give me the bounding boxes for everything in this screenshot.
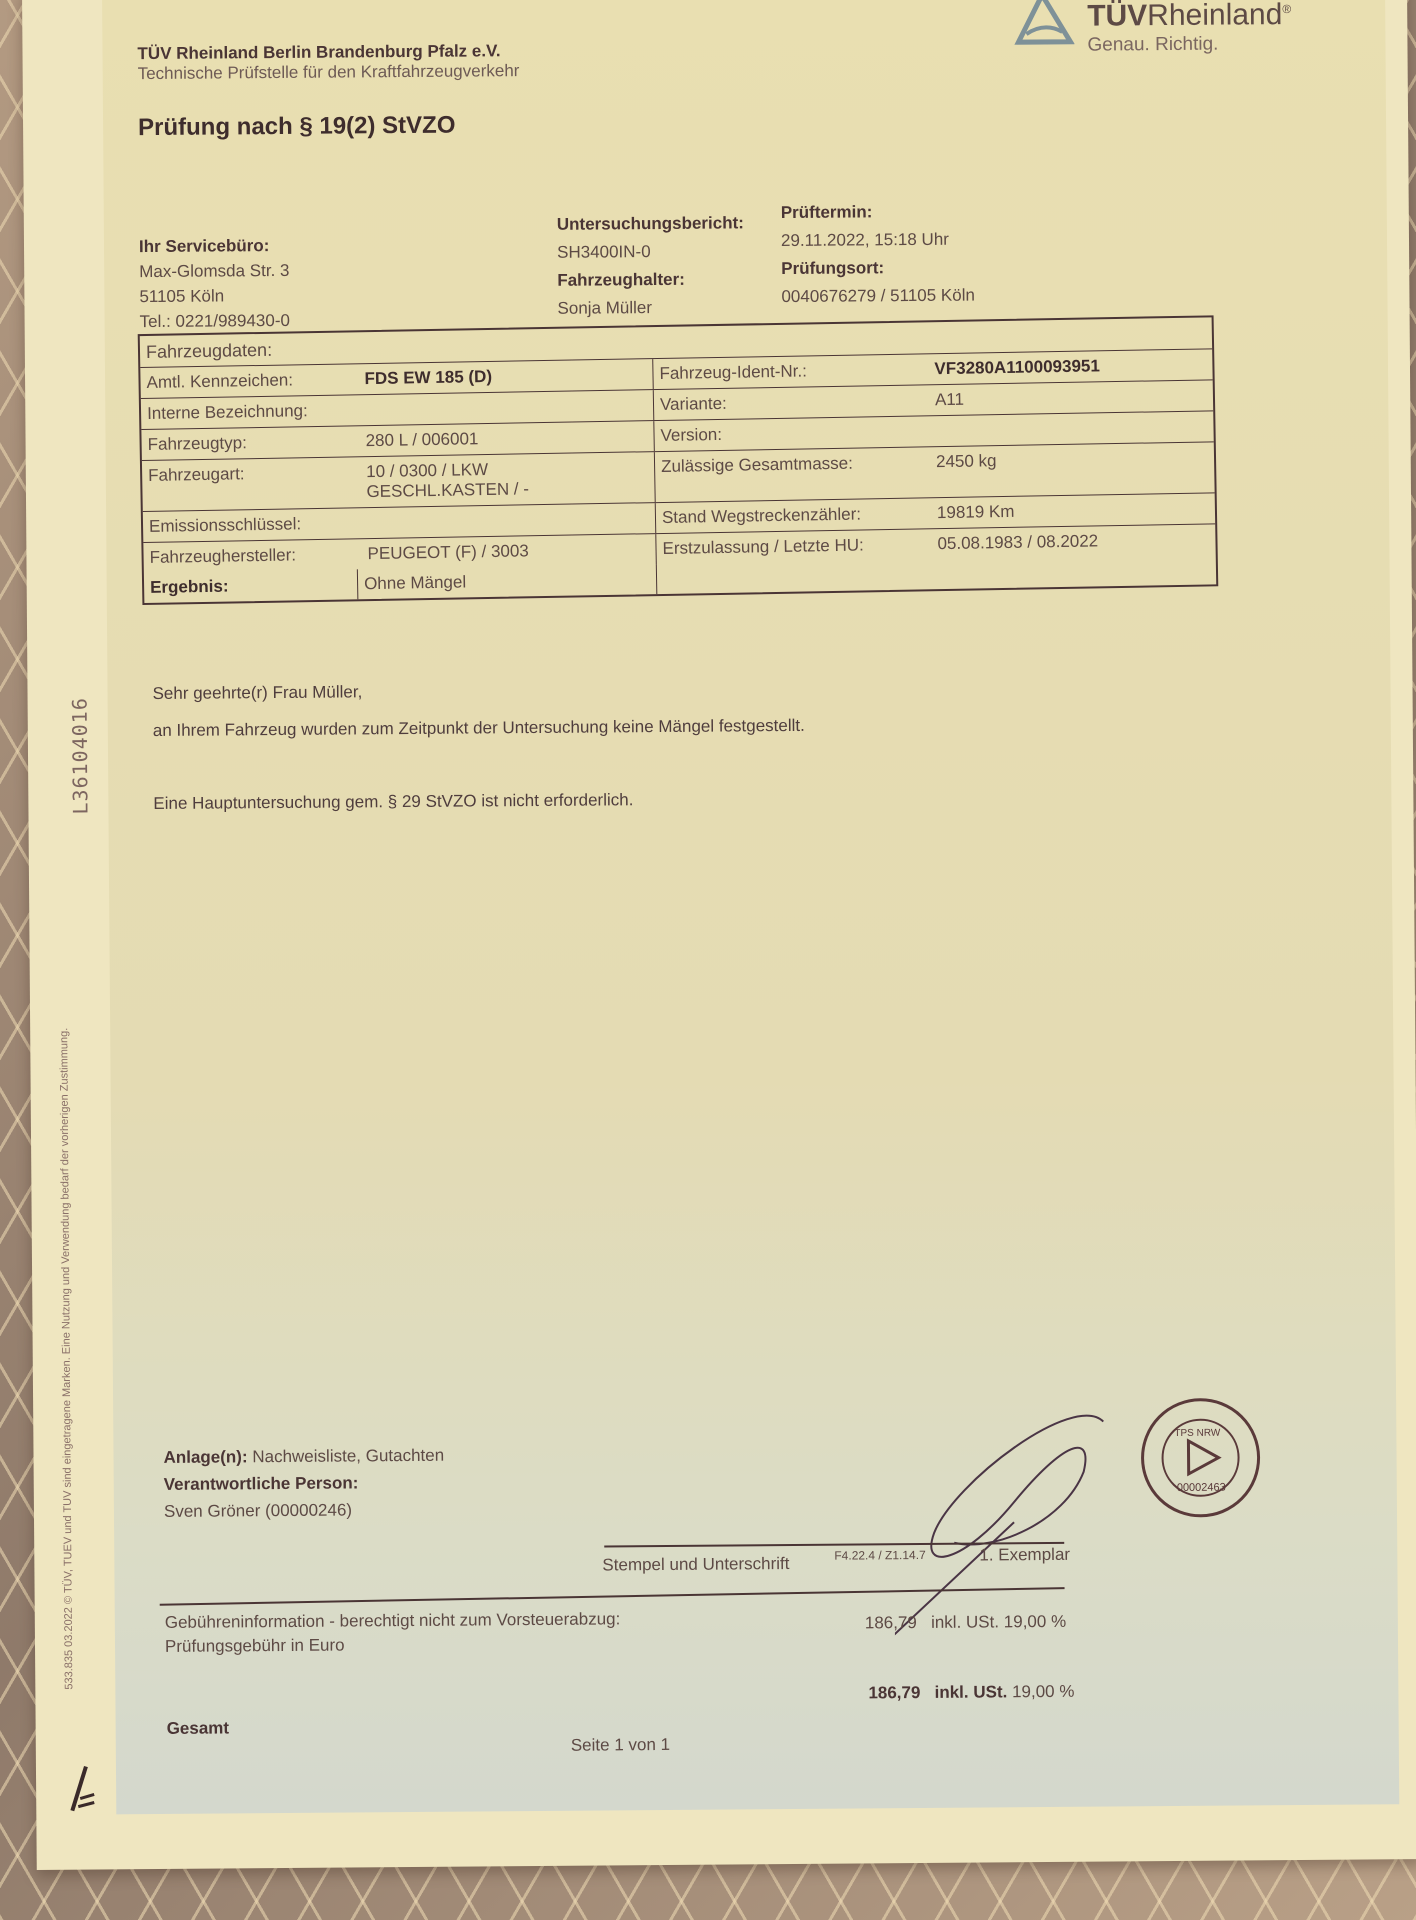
issuer-block: TÜV Rheinland Berlin Brandenburg Pfalz e… <box>137 41 519 84</box>
vehicle-field-value: 19819 Km <box>937 502 1015 523</box>
page-indicator: Seite 1 von 1 <box>571 1735 670 1756</box>
owner-name: Sonja Müller <box>557 293 744 322</box>
vehicle-field-label: Emissionsschlüssel: <box>149 513 367 537</box>
fee-item-label: Prüfungsgebühr in Euro <box>165 1631 621 1659</box>
vehicle-field-label: Fahrzeughersteller: <box>149 544 367 568</box>
responsible-person: Sven Gröner (00000246) <box>164 1496 445 1525</box>
vehicle-field-label: Fahrzeug-Ident-Nr.: <box>659 359 934 384</box>
brand-name: TÜVRheinland® <box>1087 0 1291 34</box>
vehicle-field-value: PEUGEOT (F) / 3003 <box>367 541 529 564</box>
service-office-phone: Tel.: 0221/989430-0 <box>140 308 290 334</box>
letter-salutation: Sehr geehrte(r) Frau Müller, <box>152 682 362 704</box>
service-office-label: Ihr Servicebüro: <box>139 233 289 259</box>
service-office-block: Ihr Servicebüro: Max-Glomsda Str. 3 5110… <box>139 233 290 334</box>
department-name: Technische Prüfstelle für den Kraftfahrz… <box>138 61 520 84</box>
copy-label: 1. Exemplar <box>979 1545 1070 1566</box>
fee-block: Gebühreninformation - berechtigt nicht z… <box>165 1607 621 1659</box>
attachments-value: Nachweisliste, Gutachten <box>252 1446 444 1467</box>
vehicle-field-label: Fahrzeugart: <box>148 462 367 506</box>
vehicle-field-label: Interne Bezeichnung: <box>147 400 365 424</box>
location-label: Prüfungsort: <box>781 254 975 284</box>
fee-heading: Gebühreninformation - berechtigt nicht z… <box>165 1607 621 1635</box>
appointment-block: Prüftermin: 29.11.2022, 15:18 Uhr Prüfun… <box>781 198 975 312</box>
svg-text:TPS NRW: TPS NRW <box>1174 1428 1221 1439</box>
vehicle-data-table: Fahrzeugdaten: Amtl. Kennzeichen: FDS EW… <box>138 315 1219 605</box>
copyright-notice: 533.835 03.2022 © TÜV, TUEV und TUV sind… <box>58 1028 75 1690</box>
tuv-triangle-logo-icon <box>1012 0 1074 47</box>
page-title: Prüfung nach § 19(2) StVZO <box>138 112 456 142</box>
vehicle-field-label: Variante: <box>660 390 935 415</box>
brand-slogan: Genau. Richtig. <box>1087 34 1218 57</box>
vehicle-field-value: 10 / 0300 / LKW GESCHL.KASTEN / - <box>366 459 529 502</box>
signature <box>893 1401 1135 1643</box>
result-value: Ohne Mängel <box>358 567 473 599</box>
owner-label: Fahrzeughalter: <box>557 265 744 294</box>
vehicle-field-label: Amtl. Kennzeichen: <box>146 369 364 393</box>
appointment-label: Prüftermin: <box>781 198 975 228</box>
vehicle-field-value: A11 <box>935 390 964 411</box>
service-office-street: Max-Glomsda Str. 3 <box>139 258 289 284</box>
report-label: Untersuchungsbericht: <box>557 209 744 238</box>
location-value: 0040676279 / 51105 Köln <box>781 282 975 312</box>
fee-item-amount-row: 186,79 inkl. USt. 19,00 % <box>865 1612 1066 1634</box>
vehicle-left-cell: Fahrzeugart: 10 / 0300 / LKW GESCHL.KAST… <box>142 452 656 511</box>
signature-label: Stempel und Unterschrift <box>602 1554 789 1575</box>
document-page: L36104016 533.835 03.2022 © TÜV, TUEV un… <box>22 0 1416 1870</box>
vehicle-field-value: 2450 kg <box>936 451 997 492</box>
vehicle-field-value: 05.08.1983 / 08.2022 <box>937 531 1098 554</box>
appointment-datetime: 29.11.2022, 15:18 Uhr <box>781 226 975 256</box>
vehicle-field-label: Version: <box>660 421 935 446</box>
form-code: F4.22.4 / Z1.14.7 <box>834 1548 925 1563</box>
attachments-block: Anlage(n): Nachweisliste, Gutachten Vera… <box>163 1442 444 1525</box>
official-stamp: TPS NRW 00002463 <box>1138 1395 1264 1521</box>
vehicle-field-value: VF3280A1100093951 <box>934 356 1100 379</box>
attachments-label: Anlage(n): <box>163 1447 247 1467</box>
document-body <box>102 0 1399 1814</box>
vehicle-field-value: FDS EW 185 (D) <box>364 367 492 389</box>
report-block: Untersuchungsbericht: SH3400IN-0 Fahrzeu… <box>557 209 745 322</box>
vehicle-field-label: Stand Wegstreckenzähler: <box>662 503 937 528</box>
vehicle-field-value: 280 L / 006001 <box>365 429 478 451</box>
fee-total-label: Gesamt <box>167 1718 230 1738</box>
svg-text:00002463: 00002463 <box>1177 1482 1226 1494</box>
responsible-label: Verantwortliche Person: <box>164 1469 445 1498</box>
report-number: SH3400IN-0 <box>557 237 744 266</box>
result-label: Ergebnis: <box>144 569 358 603</box>
vehicle-field-label: Zulässige Gesamtmasse: <box>661 452 937 497</box>
tuv-logo: TÜVRheinland® Genau. Richtig. <box>1012 0 1293 62</box>
letter-line-2: Eine Hauptuntersuchung gem. § 29 StVZO i… <box>153 790 633 814</box>
vehicle-field-label: Fahrzeugtyp: <box>147 431 365 455</box>
fee-total-amount-row: 186,79 inkl. USt. 19,00 % <box>868 1682 1074 1704</box>
document-serial-code: L36104016 <box>68 697 93 815</box>
tuv-corner-mark-icon <box>68 1764 98 1814</box>
vehicle-right-cell: Zulässige Gesamtmasse: 2450 kg <box>655 442 1215 502</box>
service-office-city: 51105 Köln <box>139 283 289 309</box>
vehicle-field-label: Erstzulassung / Letzte HU: <box>662 534 937 559</box>
